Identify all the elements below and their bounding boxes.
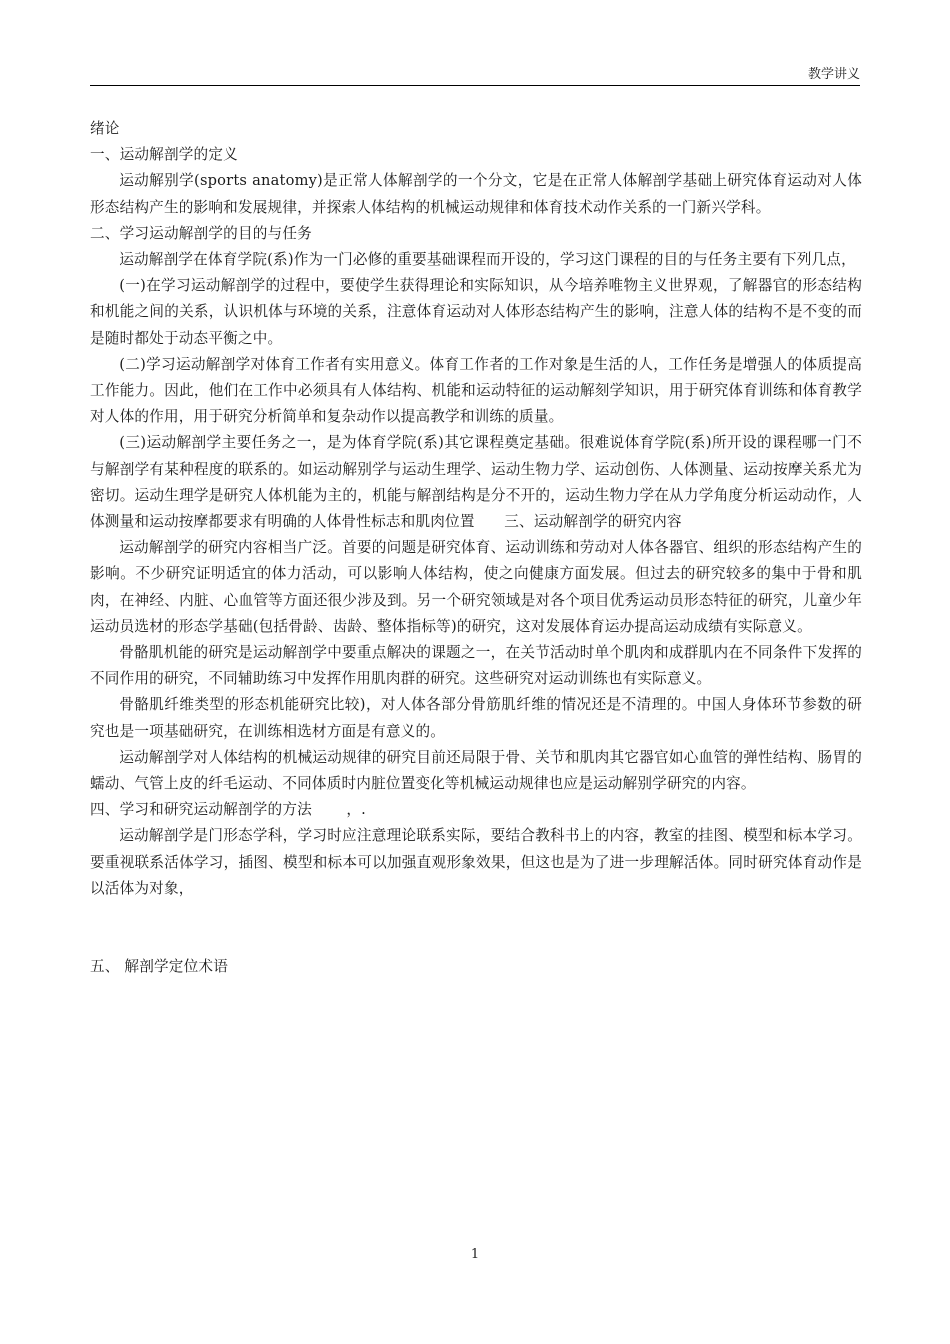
page-header: 教学讲义	[90, 66, 860, 86]
paragraph: 骨骼肌机能的研究是运动解剖学中要重点解决的课题之一，在关节活动时单个肌肉和成群肌…	[90, 640, 862, 692]
header-title: 教学讲义	[808, 66, 860, 83]
section-heading-2: 二、学习运动解剖学的目的与任务	[90, 221, 862, 247]
blank-space	[90, 902, 862, 954]
paragraph: (三)运动解剖学主要任务之一，是为体育学院(系)其它课程奠定基础。很难说体育学院…	[90, 430, 862, 535]
paragraph: 运动解剖学是门形态学科，学习时应注意理论联系实际，要结合教科书上的内容，教室的挂…	[90, 823, 862, 902]
section-heading-5: 五、 解剖学定位术语	[90, 954, 862, 980]
document-body: 绪论 一、运动解剖学的定义 运动解别学(sports anatomy)是正常人体…	[90, 116, 862, 980]
paragraph: 骨骼肌纤维类型的形态机能研究比较)，对人体各部分骨筋肌纤维的情况还是不清理的。中…	[90, 692, 862, 744]
section-heading-1: 一、运动解剖学的定义	[90, 142, 862, 168]
paragraph: 运动解剖学的研究内容相当广泛。首要的问题是研究体育、运动训练和劳动对人体各器官、…	[90, 535, 862, 640]
paragraph: 运动解剖学对人体结构的机械运动规律的研究目前还局限于骨、关节和肌肉其它器官如心血…	[90, 745, 862, 797]
section-heading-4: 四、学习和研究运动解剖学的方法 ，.	[90, 797, 862, 823]
paragraph: (二)学习运动解剖学对体育工作者有实用意义。体育工作者的工作对象是生活的人，工作…	[90, 352, 862, 431]
paragraph: 运动解别学(sports anatomy)是正常人体解剖学的一个分文，它是在正常…	[90, 168, 862, 220]
document-title: 绪论	[90, 116, 862, 142]
paragraph: (一)在学习运动解剖学的过程中，要使学生获得理论和实际知识，从今培养唯物主义世界…	[90, 273, 862, 352]
page-number: 1	[0, 1247, 950, 1262]
paragraph: 运动解剖学在体育学院(系)作为一门必修的重要基础课程而开设的，学习这门课程的目的…	[90, 247, 862, 273]
